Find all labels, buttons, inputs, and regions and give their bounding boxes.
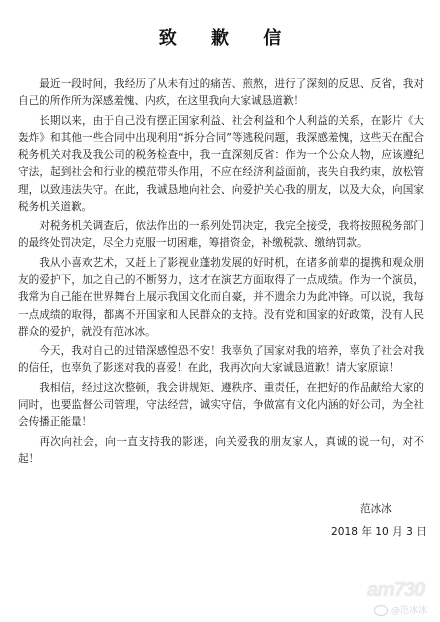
- paragraph-2: 长期以来，由于自己没有摆正国家利益、社会利益和个人利益的关系，在影片《大轰炸》和…: [18, 113, 424, 216]
- paragraph-4: 我从小喜欢艺术，又赶上了影视业蓬勃发展的好时机，在诸多前辈的提携和观众朋友的爱护…: [18, 255, 424, 341]
- letter-title: 致 歉 信: [0, 24, 440, 50]
- letter-date: 2018 年 10 月 3 日: [331, 524, 427, 539]
- signature: 范冰冰: [360, 501, 392, 516]
- paragraph-1: 最近一段时间，我经历了从未有过的痛苦、煎熬，进行了深刻的反思、反省，我对自己的所…: [18, 76, 424, 110]
- paragraph-5: 今天，我对自己的过错深感惶恐不安！我辜负了国家对我的培养，辜负了社会对我的信任，…: [18, 343, 424, 377]
- paragraph-7: 再次向社会，向一直支持我的影迷，向关爱我的朋友家人，真诚的说一句，对不起！: [18, 434, 424, 468]
- paragraph-6: 我相信，经过这次整顿，我会讲规矩、遵秩序、重责任，在把好的作品献给大家的同时，也…: [18, 380, 424, 432]
- paragraph-3: 对税务机关调查后，依法作出的一系列处罚决定，我完全接受，我将按照税务部门的最终处…: [18, 218, 424, 252]
- weibo-handle: @范冰冰: [391, 606, 427, 616]
- apology-letter: 致 歉 信 最近一段时间，我经历了从未有过的痛苦、煎熬，进行了深刻的反思、反省，…: [0, 0, 440, 622]
- watermark-weibo: @范冰冰: [374, 603, 427, 616]
- letter-body: 最近一段时间，我经历了从未有过的痛苦、煎熬，进行了深刻的反思、反省，我对自己的所…: [18, 76, 424, 471]
- weibo-icon: [374, 605, 388, 616]
- watermark-logo: am730: [367, 579, 424, 602]
